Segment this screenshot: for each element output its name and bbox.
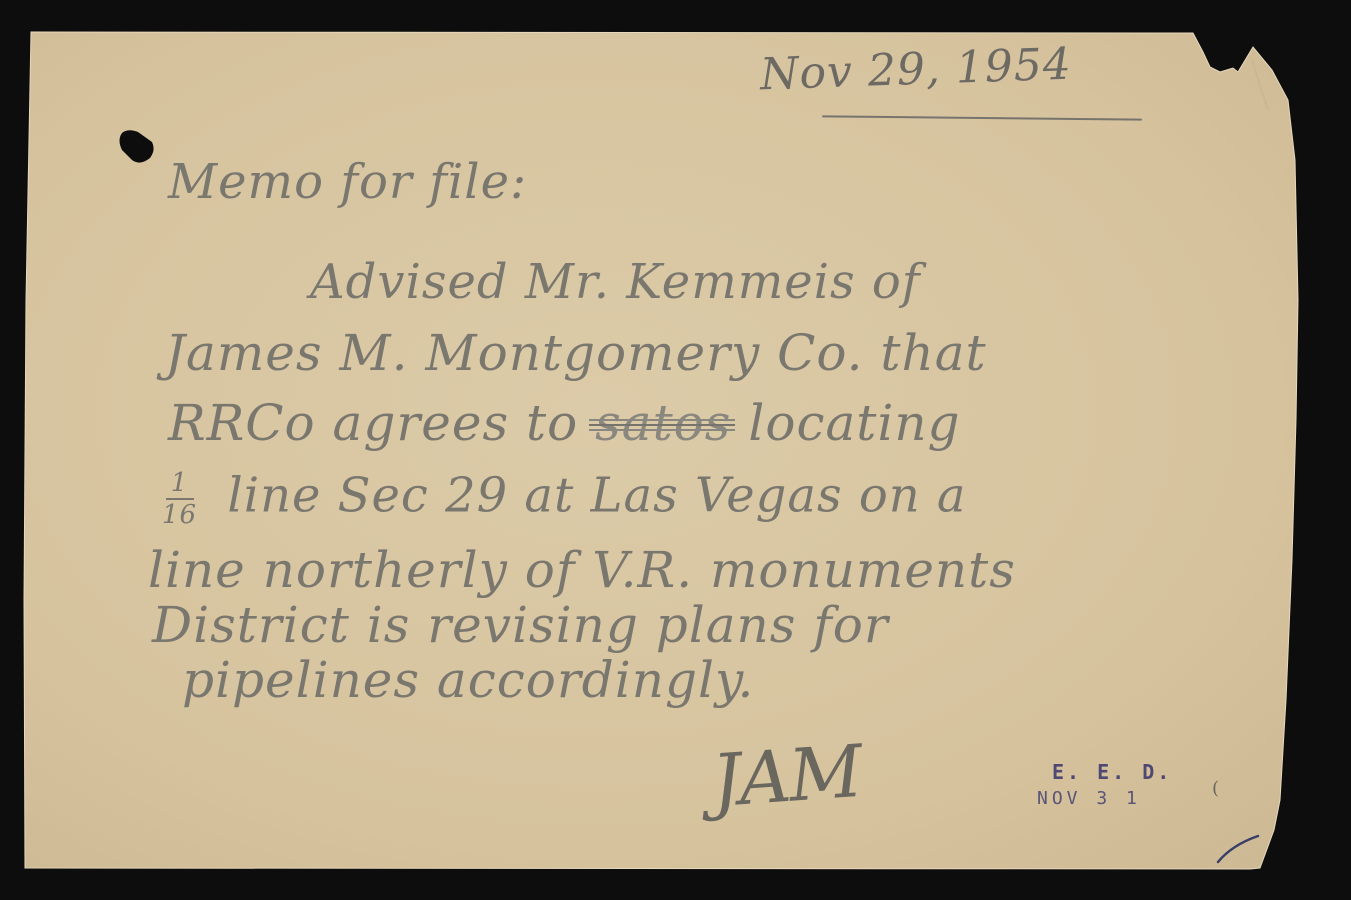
memo-line: Advised Mr. Kemmeis of	[310, 258, 921, 306]
memo-line: 1 16 line Sec 29 at Las Vegas on a	[162, 470, 967, 528]
fraction-numerator: 1	[171, 470, 189, 496]
stamp-date: NOV 3 1	[1037, 790, 1141, 808]
memo-heading: Memo for file:	[168, 158, 527, 206]
memo-text: RRCo agrees to	[168, 394, 578, 452]
memo-line: line northerly of V.R. monuments	[148, 545, 1016, 595]
memo-line: pipelines accordingly.	[182, 655, 754, 705]
struck-out-word: satos	[595, 398, 731, 448]
fraction-denominator: 16	[162, 502, 197, 528]
memo-line: District is revising plans for	[152, 600, 889, 650]
memo-date: Nov 29, 1954	[759, 43, 1072, 98]
fraction: 1 16	[162, 470, 197, 528]
document-viewer: Nov 29, 1954 Memo for file: Advised Mr. …	[0, 0, 1351, 900]
stamp-initials: E. E. D.	[1052, 762, 1172, 782]
memo-text: locating	[748, 394, 960, 452]
memo-text: line Sec 29 at Las Vegas on a	[227, 468, 966, 524]
memo-line: James M. Montgomery Co. that	[165, 328, 987, 378]
memo-line: RRCo agrees to satos locating	[168, 398, 961, 448]
signature: JAM	[710, 735, 863, 817]
margin-mark: (	[1212, 778, 1219, 799]
